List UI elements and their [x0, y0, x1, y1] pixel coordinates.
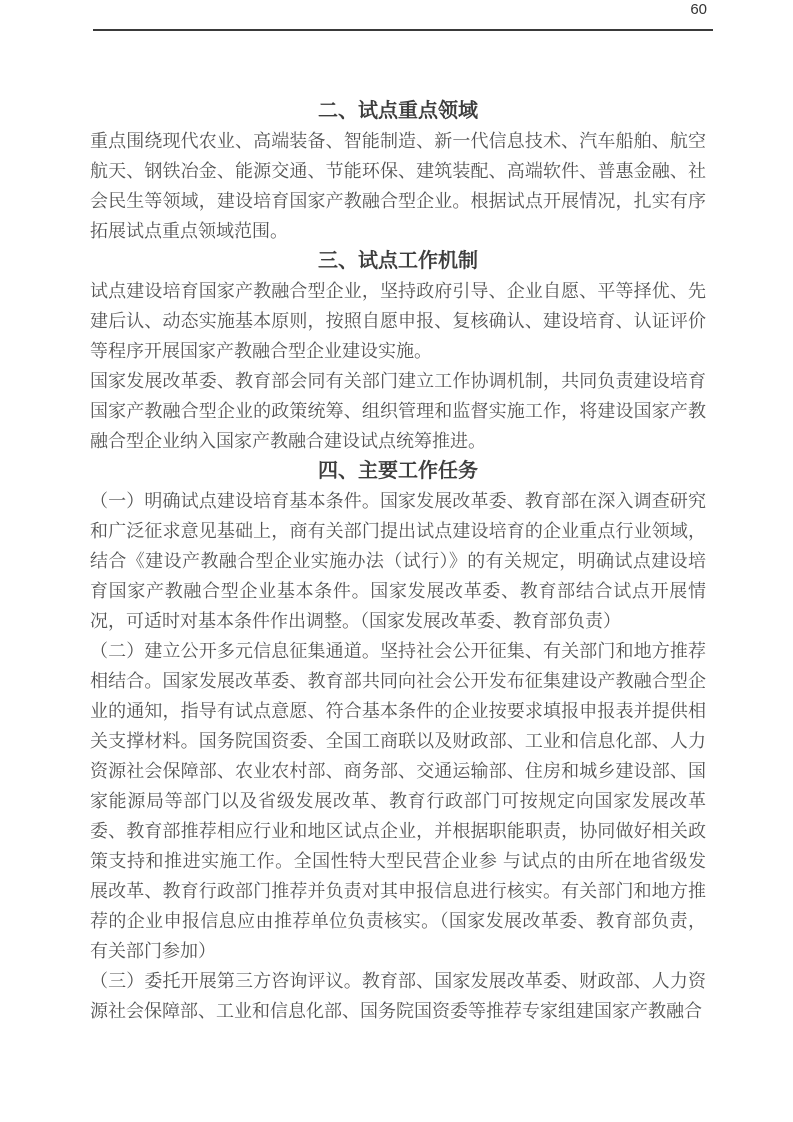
section-heading: 四、主要工作任务 — [90, 456, 706, 486]
body-paragraph: 试点建设培育国家产教融合型企业，坚持政府引导、企业自愿、平等择优、先建后认、动态… — [90, 276, 706, 366]
document-page: 60 二、试点重点领域重点围绕现代农业、高端装备、智能制造、新一代信息技术、汽车… — [0, 0, 793, 1122]
body-paragraph: （二）建立公开多元信息征集通道。坚持社会公开征集、有关部门和地方推荐相结合。国家… — [90, 636, 706, 966]
section-heading: 三、试点工作机制 — [90, 246, 706, 276]
body-paragraph: （三）委托开展第三方咨询评议。教育部、国家发展改革委、财政部、人力资源社会保障部… — [90, 966, 706, 1026]
section-heading: 二、试点重点领域 — [90, 96, 706, 126]
document-body: 二、试点重点领域重点围绕现代农业、高端装备、智能制造、新一代信息技术、汽车船舶、… — [90, 96, 706, 1026]
body-paragraph: （一）明确试点建设培育基本条件。国家发展改革委、教育部在深入调查研究和广泛征求意… — [90, 486, 706, 636]
header-rule — [93, 29, 713, 31]
body-paragraph: 重点围绕现代农业、高端装备、智能制造、新一代信息技术、汽车船舶、航空航天、钢铁冶… — [90, 126, 706, 246]
body-paragraph: 国家发展改革委、教育部会同有关部门建立工作协调机制，共同负责建设培育国家产教融合… — [90, 366, 706, 456]
page-number: 60 — [690, 2, 707, 17]
